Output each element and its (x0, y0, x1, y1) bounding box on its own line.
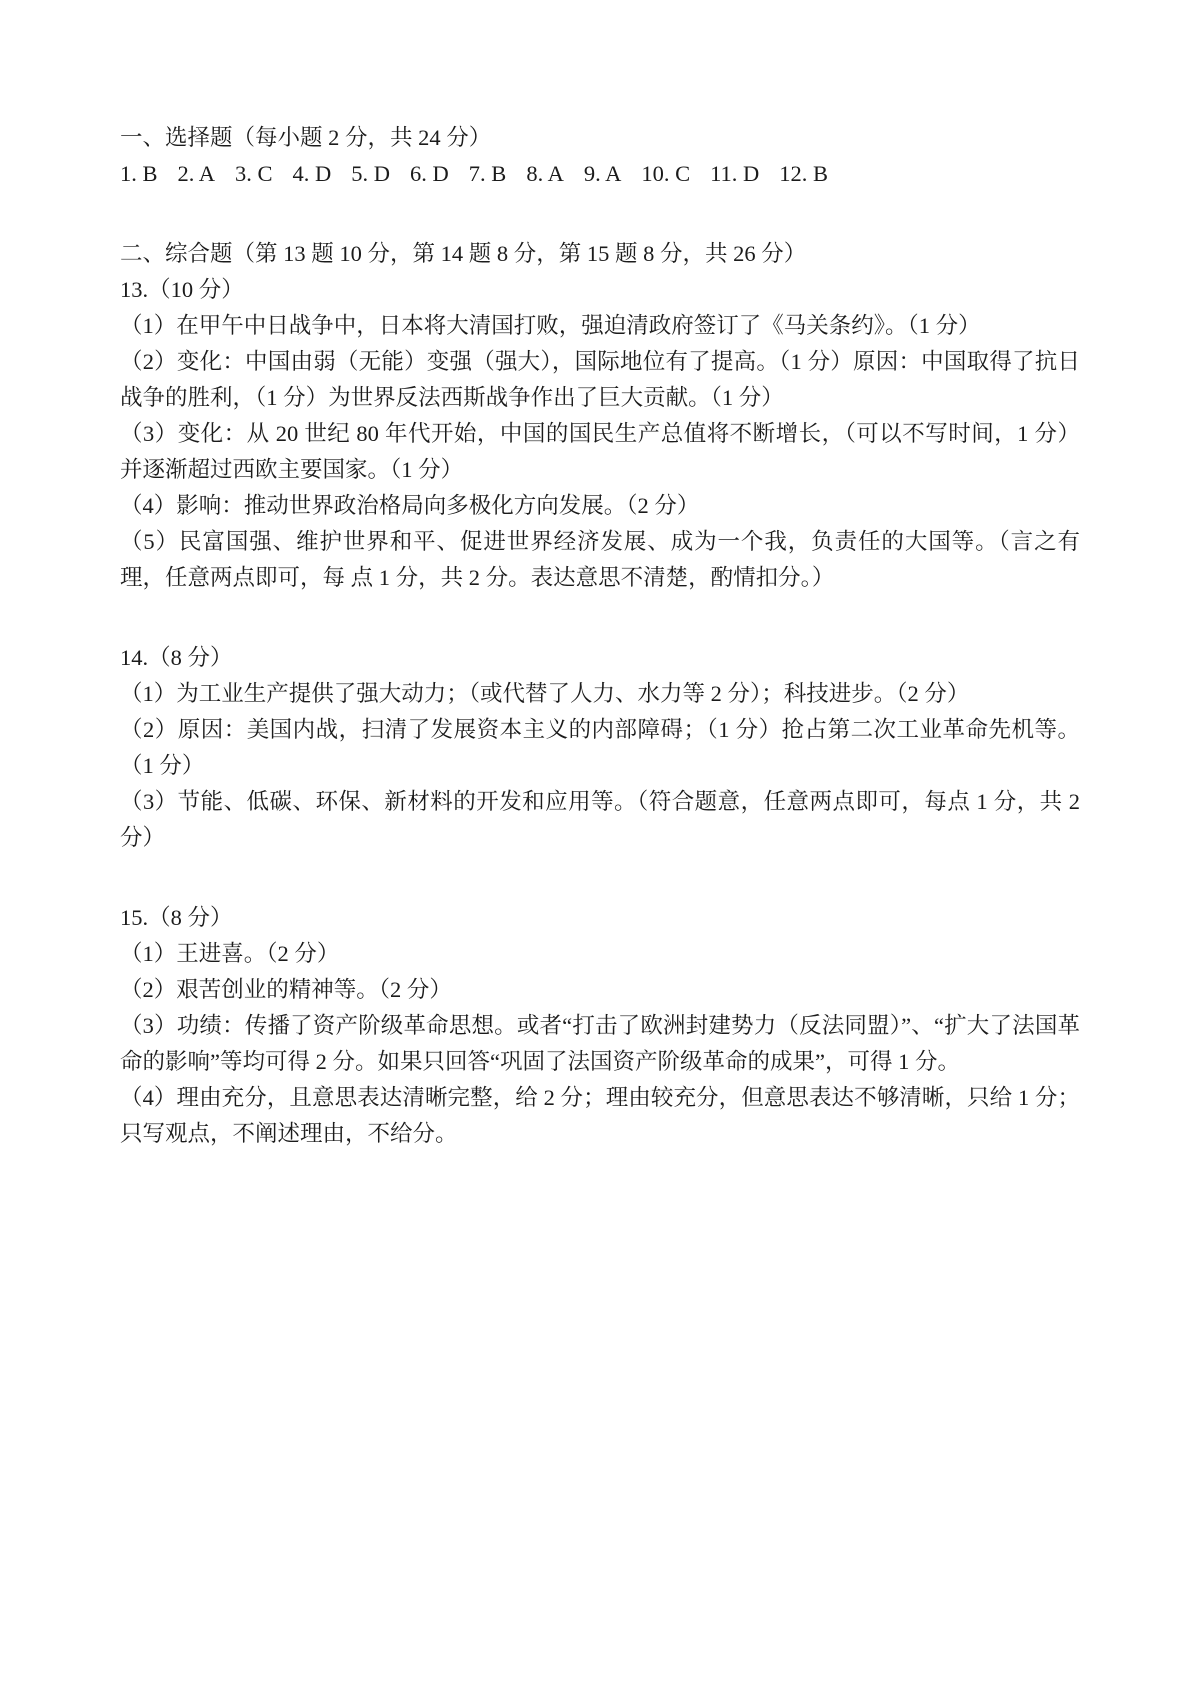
question-15-answer-item: （3）功绩：传播了资产阶级革命思想。或者“打击了欧洲封建势力（反法同盟）”、“扩… (120, 1008, 1080, 1080)
section-gap (120, 596, 1080, 640)
choice-answer-10: 10. C (641, 156, 690, 192)
question-13-block: 13.（10 分） （1）在甲午中日战争中，日本将大清国打败，强迫清政府签订了《… (120, 272, 1080, 596)
question-15-number: 15.（8 分） (120, 900, 1080, 936)
question-14-answer-item: （3）节能、低碳、环保、新材料的开发和应用等。（符合题意，任意两点即可，每点 1… (120, 784, 1080, 856)
question-14-number: 14.（8 分） (120, 640, 1080, 676)
question-13-number: 13.（10 分） (120, 272, 1080, 308)
choice-answer-2: 2. A (178, 156, 216, 192)
choice-answer-1: 1. B (120, 156, 158, 192)
question-15-answer-item: （2）艰苦创业的精神等。（2 分） (120, 972, 1080, 1008)
question-15-answer-item: （1）王进喜。（2 分） (120, 936, 1080, 972)
choice-answers-row: 1. B 2. A 3. C 4. D 5. D 6. D 7. B 8. A … (120, 156, 1080, 192)
question-15-answer-item: （4）理由充分，且意思表达清晰完整，给 2 分；理由较充分，但意思表达不够清晰，… (120, 1080, 1080, 1152)
question-14-block: 14.（8 分） （1）为工业生产提供了强大动力；（或代替了人力、水力等 2 分… (120, 640, 1080, 856)
choice-answer-9: 9. A (584, 156, 622, 192)
question-13-answer-item: （1）在甲午中日战争中，日本将大清国打败，强迫清政府签订了《马关条约》。（1 分… (120, 308, 1080, 344)
section2-heading: 二、综合题（第 13 题 10 分，第 14 题 8 分，第 15 题 8 分，… (120, 236, 1080, 272)
choice-answer-5: 5. D (351, 156, 390, 192)
choice-answer-11: 11. D (710, 156, 759, 192)
question-13-answer-item: （5）民富国强、维护世界和平、促进世界经济发展、成为一个我，负责任的大国等。（言… (120, 524, 1080, 596)
choice-answer-12: 12. B (779, 156, 828, 192)
question-14-answer-item: （2）原因：美国内战，扫清了发展资本主义的内部障碍；（1 分）抢占第二次工业革命… (120, 712, 1080, 784)
question-14-answer-item: （1）为工业生产提供了强大动力；（或代替了人力、水力等 2 分）；科技进步。（2… (120, 676, 1080, 712)
section-gap (120, 192, 1080, 236)
answer-key-page: 一、选择题（每小题 2 分，共 24 分） 1. B 2. A 3. C 4. … (0, 0, 1200, 1696)
choice-answer-6: 6. D (410, 156, 449, 192)
question-13-answer-item: （2）变化：中国由弱（无能）变强（强大），国际地位有了提高。（1 分）原因：中国… (120, 344, 1080, 416)
question-13-answer-item: （3）变化：从 20 世纪 80 年代开始，中国的国民生产总值将不断增长，（可以… (120, 416, 1080, 488)
question-15-block: 15.（8 分） （1）王进喜。（2 分） （2）艰苦创业的精神等。（2 分） … (120, 900, 1080, 1152)
question-13-answer-item: （4）影响：推动世界政治格局向多极化方向发展。（2 分） (120, 488, 1080, 524)
section-gap (120, 856, 1080, 900)
choice-answer-3: 3. C (235, 156, 273, 192)
choice-answer-4: 4. D (293, 156, 332, 192)
choice-answer-7: 7. B (469, 156, 507, 192)
section1-heading: 一、选择题（每小题 2 分，共 24 分） (120, 120, 1080, 156)
choice-answer-8: 8. A (526, 156, 564, 192)
